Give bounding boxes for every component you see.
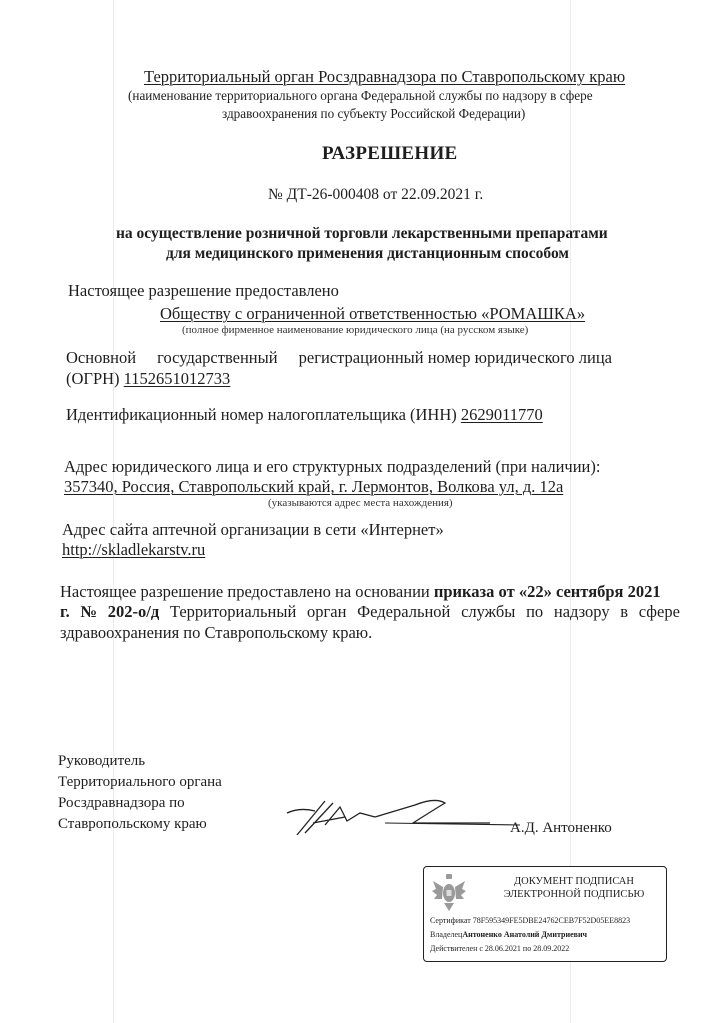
basis-word: сфере [639, 602, 680, 622]
website-label: Адрес сайта аптечной организации в сети … [62, 520, 444, 540]
ogrn-label-line: Основной государственный регистрационный… [66, 348, 612, 368]
signatory-line: Территориального органа [58, 774, 222, 791]
validity-row: Действителен с 28.06.2021 по 28.09.2022 [430, 944, 569, 953]
address-label: Адрес юридического лица и его структурны… [64, 457, 600, 477]
electronic-signature-stamp: ДОКУМЕНТ ПОДПИСАН ЭЛЕКТРОННОЙ ПОДПИСЬЮ С… [423, 866, 667, 962]
document-number: № ДТ-26-000408 от 22.09.2021 г. [268, 186, 483, 204]
ogrn-label-word: регистрационный номер юридического лица [299, 348, 612, 368]
certificate-row: Сертификат 78F595349FE5DBE24762CEB7F52D0… [430, 916, 630, 925]
basis-word: 202-о/д [108, 602, 159, 622]
ogrn-value: 1152651012733 [124, 369, 231, 388]
subject-line-2: для медицинского применения дистанционны… [166, 245, 569, 263]
signatory-line: Ставропольскому краю [58, 816, 207, 833]
basis-order: приказа от «22» сентября 2021 [434, 582, 661, 601]
signatory-name: А.Д. Антоненко [510, 820, 612, 837]
basis-line-3: здравоохранения по Ставропольскому краю. [60, 623, 372, 643]
granted-label: Настоящее разрешение предоставлено [68, 281, 339, 301]
entity-caption: (полное фирменное наименование юридическ… [182, 324, 528, 336]
certificate-value: 78F595349FE5DBE24762CEB7F52D05EE8823 [473, 916, 630, 925]
subject-line-1: на осуществление розничной торговли лека… [116, 225, 608, 243]
basis-word: Территориальный [170, 602, 296, 622]
inn-value: 2629011770 [461, 405, 543, 424]
ogrn-label-word: Основной [66, 348, 136, 368]
entity-name: Обществу с ограниченной ответственностью… [160, 304, 585, 324]
ogrn-label: (ОГРН) [66, 369, 120, 388]
owner-row: ВладелецАнтоненко Анатолий Дмитриевич [430, 930, 587, 939]
owner-value: Антоненко Анатолий Дмитриевич [462, 930, 587, 939]
basis-word: Федеральной [357, 602, 450, 622]
ogrn-line: (ОГРН) 1152651012733 [66, 369, 230, 389]
certificate-label: Сертификат [430, 916, 471, 925]
basis-text: Настоящее разрешение предоставлено на ос… [60, 582, 434, 601]
basis-word: № [80, 602, 97, 622]
scan-artifact-line [113, 0, 114, 1023]
basis-line-2: г. № 202-о/д Территориальный орган Федер… [60, 602, 680, 622]
basis-word: в [620, 602, 628, 622]
document-title: РАЗРЕШЕНИЕ [322, 143, 458, 165]
ogrn-label-word: государственный [157, 348, 277, 368]
issuer-name: Территориальный орган Росздравнадзора по… [144, 67, 625, 87]
basis-word: службы [461, 602, 515, 622]
basis-word: по [526, 602, 543, 622]
stamp-heading: ДОКУМЕНТ ПОДПИСАН ЭЛЕКТРОННОЙ ПОДПИСЬЮ [484, 875, 664, 901]
address-caption: (указываются адрес места нахождения) [268, 497, 453, 509]
signatory-line: Росздравнадзора по [58, 795, 185, 812]
inn-label: Идентификационный номер налогоплательщик… [66, 405, 457, 424]
basis-word: г. [60, 602, 70, 622]
website-value: http://skladlekarstv.ru [62, 540, 205, 560]
stamp-title-2: ЭЛЕКТРОННОЙ ПОДПИСЬЮ [484, 888, 664, 901]
inn-line: Идентификационный номер налогоплательщик… [66, 405, 543, 425]
stamp-title-1: ДОКУМЕНТ ПОДПИСАН [484, 875, 664, 888]
handwritten-signature [285, 795, 525, 840]
issuer-caption-2: здравоохранения по субъекту Российской Ф… [222, 106, 525, 122]
basis-word: орган [307, 602, 346, 622]
basis-word: надзору [554, 602, 610, 622]
signatory-line: Руководитель [58, 753, 145, 770]
owner-label: Владелец [430, 930, 462, 939]
russian-coat-of-arms-icon [432, 873, 466, 913]
issuer-caption-1: (наименование территориального органа Фе… [128, 88, 593, 104]
basis-line-1: Настоящее разрешение предоставлено на ос… [60, 582, 661, 602]
address-value: 357340, Россия, Ставропольский край, г. … [64, 477, 563, 497]
